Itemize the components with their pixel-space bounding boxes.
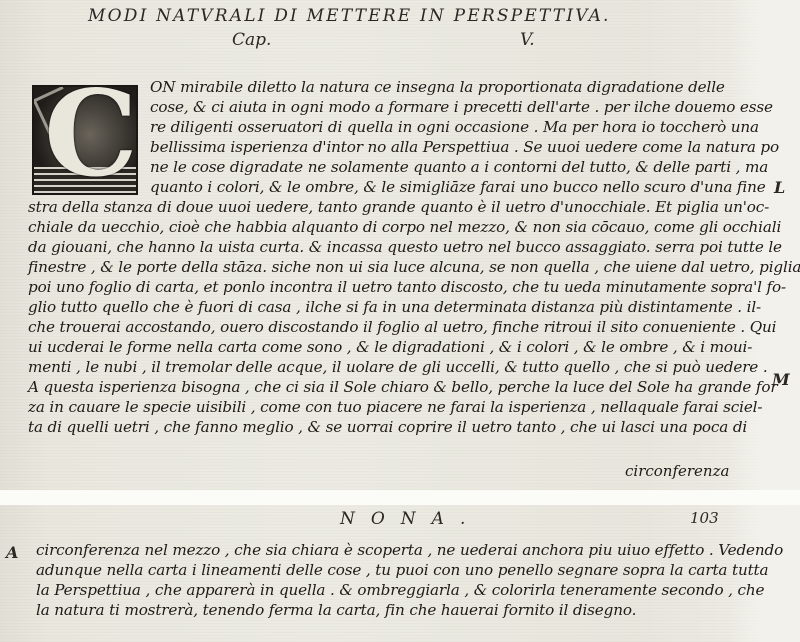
text-line: stra della stanza di doue uuoi uedere, t… [28,198,769,216]
text-line: poi uno foglio di carta, et ponlo incont… [28,278,786,296]
text-line: re diligenti osseruatori di quella in og… [150,118,759,136]
margin-letter-m: M [772,370,790,389]
margin-letter-a: A [6,543,18,562]
text-line: za in cauare le specie uisibili , come c… [28,398,762,416]
page-number: 103 [690,509,719,527]
text-line: A questa isperienza bisogna , che ci sia… [28,378,777,396]
text-line: ON mirabile diletto la natura ce insegna… [150,78,725,96]
running-head: MODI NATVRALI DI METTERE IN PERSPETTIVA. [88,6,611,26]
catchword: circonferenza [625,462,729,480]
running-head: NONA. [340,509,481,529]
text-line: la natura ti mostrerà, tenendo ferma la … [36,601,636,619]
decorated-initial: C [32,85,138,195]
text-line: quanto i colori, & le ombre, & le simigl… [150,178,766,196]
text-line: da giouani, che hanno la uista curta. & … [28,238,782,256]
text-line: ui ucderai le forme nella carta come son… [28,338,752,356]
text-line: ta di quelli uetri , che fanno meglio , … [28,418,747,436]
text-line: che trouerai accostando, ouero discostan… [28,318,776,336]
top-page-scan: MODI NATVRALI DI METTERE IN PERSPETTIVA.… [0,0,800,490]
chapter-number: V. [520,30,535,50]
margin-letter-l: L [774,178,785,197]
text-line: finestre , & le porte della stāza. siche… [28,258,800,276]
text-line: cose, & ci aiuta in ogni modo a formare … [150,98,773,116]
text-line: adunque nella carta i lineamenti delle c… [36,561,768,579]
text-line: chiale da uecchio, cioè che habbia alqua… [28,218,781,236]
drop-cap-letter: C [44,85,138,193]
text-line: circonferenza nel mezzo , che sia chiara… [36,541,783,559]
text-line: menti , le nubi , il tremolar delle acqu… [28,358,768,376]
text-line: bellissima isperienza d'intor no alla Pe… [150,138,779,156]
chapter-label: Cap. [232,30,271,50]
text-line: glio tutto quello che è fuori di casa , … [28,298,761,316]
text-line: ne le cose digradate ne solamente quanto… [150,158,768,176]
bottom-page-scan: NONA. 103 A circonferenza nel mezzo , ch… [0,505,800,642]
text-line: la Perspettiua , che apparerà in quella … [36,581,764,599]
